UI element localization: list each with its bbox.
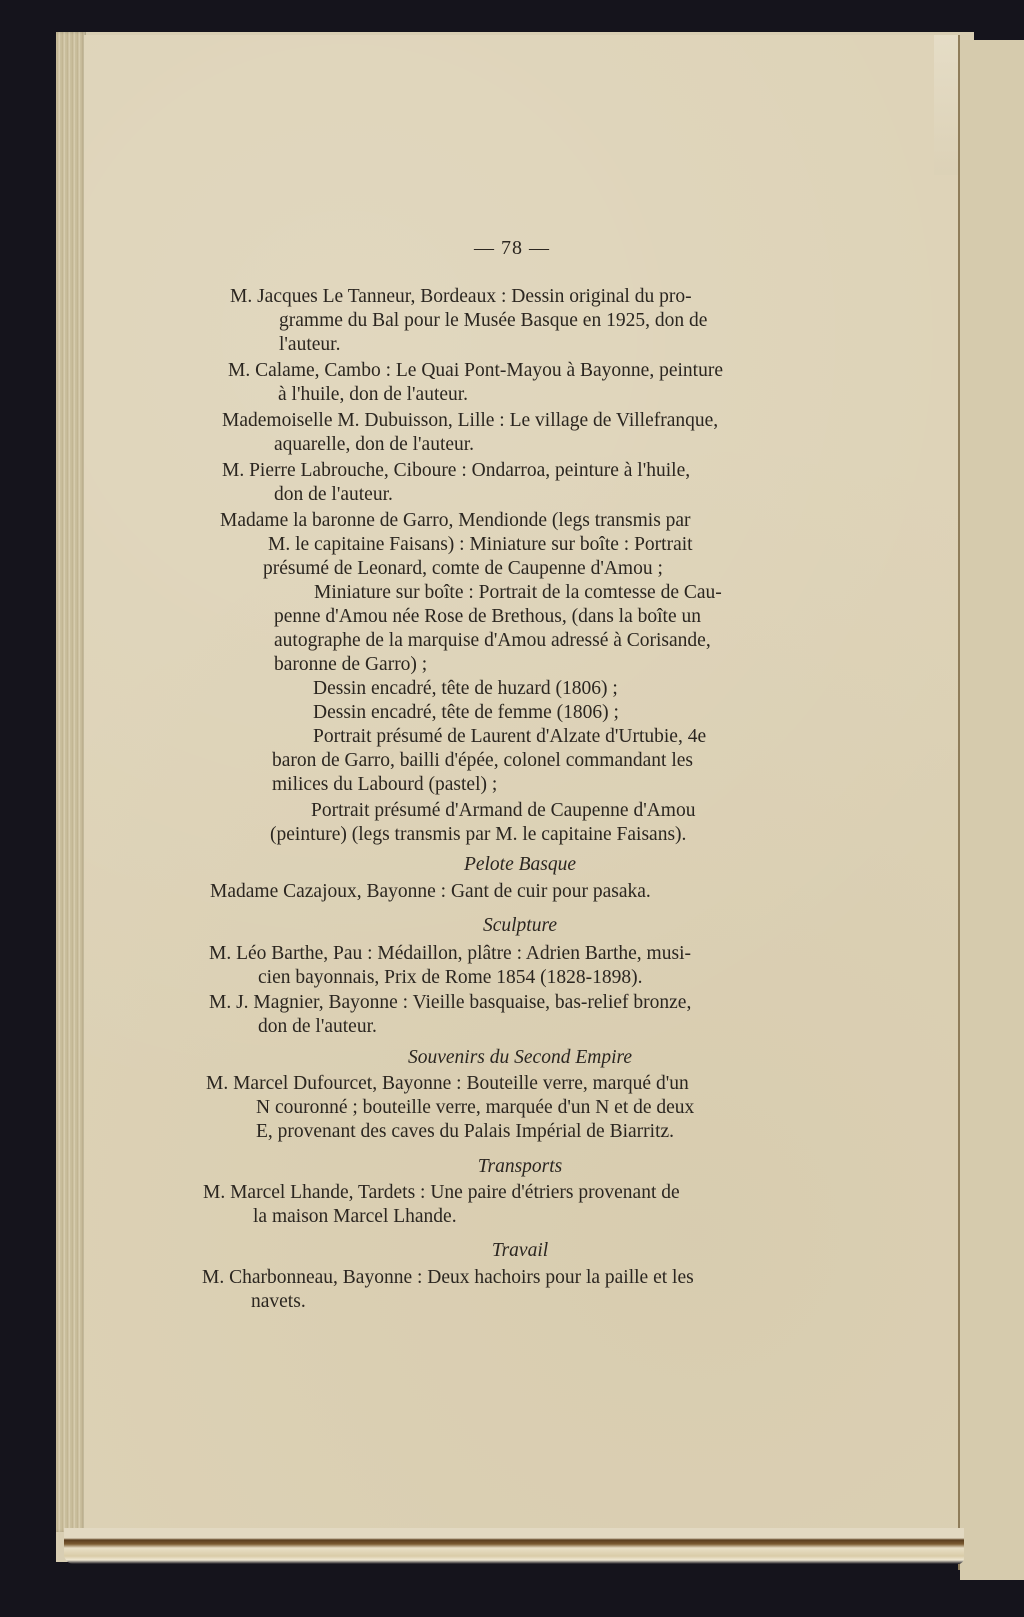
- page-text: — 78 — M. Jacques Le Tanneur, Bordeaux :…: [0, 0, 1024, 1617]
- entry-line: à l'huile, don de l'auteur.: [278, 383, 468, 406]
- entry-line: M. le capitaine Faisans) : Miniature sur…: [268, 533, 693, 556]
- entry-line: M. Léo Barthe, Pau : Médaillon, plâtre :…: [209, 942, 691, 965]
- entry-line: E, provenant des caves du Palais Impéria…: [256, 1120, 674, 1143]
- entry-line: don de l'auteur.: [258, 1015, 377, 1038]
- page-number: — 78 —: [0, 237, 1024, 260]
- section-heading: Pelote Basque: [0, 853, 1024, 876]
- entry-line: aquarelle, don de l'auteur.: [274, 433, 474, 456]
- entry-line: M. Pierre Labrouche, Ciboure : Ondarroa,…: [222, 459, 690, 482]
- section-heading: Transports: [0, 1155, 1024, 1178]
- entry-line: Dessin encadré, tête de huzard (1806) ;: [313, 677, 618, 700]
- section-heading: Sculpture: [0, 914, 1024, 937]
- entry-line: Portrait présumé de Laurent d'Alzate d'U…: [313, 725, 706, 748]
- entry-line: la maison Marcel Lhande.: [253, 1205, 457, 1228]
- entry-line: Portrait présumé d'Armand de Caupenne d'…: [311, 799, 695, 822]
- entry-line: (peinture) (legs transmis par M. le capi…: [270, 823, 686, 846]
- entry-line: penne d'Amou née Rose de Brethous, (dans…: [274, 605, 701, 628]
- entry-line: don de l'auteur.: [274, 483, 393, 506]
- entry-line: gramme du Bal pour le Musée Basque en 19…: [279, 309, 707, 332]
- entry-line: Madame la baronne de Garro, Mendionde (l…: [220, 509, 691, 532]
- entry-line: Madame Cazajoux, Bayonne : Gant de cuir …: [210, 880, 651, 903]
- entry-line: milices du Labourd (pastel) ;: [272, 773, 497, 796]
- entry-line: navets.: [251, 1290, 306, 1313]
- entry-line: M. Calame, Cambo : Le Quai Pont-Mayou à …: [228, 359, 723, 382]
- section-heading: Travail: [0, 1239, 1024, 1262]
- entry-line: Mademoiselle M. Dubuisson, Lille : Le vi…: [222, 409, 718, 432]
- entry-line: cien bayonnais, Prix de Rome 1854 (1828-…: [258, 966, 643, 989]
- entry-line: autographe de la marquise d'Amou adressé…: [274, 629, 711, 652]
- entry-line: baron de Garro, bailli d'épée, colonel c…: [272, 749, 693, 772]
- entry-line: Dessin encadré, tête de femme (1806) ;: [313, 701, 619, 724]
- entry-line: l'auteur.: [279, 333, 340, 356]
- entry-line: baronne de Garro) ;: [274, 653, 427, 676]
- entry-line: M. Marcel Lhande, Tardets : Une paire d'…: [203, 1181, 680, 1204]
- entry-line: présumé de Leonard, comte de Caupenne d'…: [263, 557, 663, 580]
- section-heading: Souvenirs du Second Empire: [0, 1046, 1024, 1069]
- entry-line: N couronné ; bouteille verre, marquée d'…: [256, 1096, 694, 1119]
- entry-line: M. J. Magnier, Bayonne : Vieille basquai…: [209, 991, 691, 1014]
- entry-line: M. Marcel Dufourcet, Bayonne : Bouteille…: [206, 1072, 689, 1095]
- entry-line: Miniature sur boîte : Portrait de la com…: [314, 581, 722, 604]
- entry-line: M. Jacques Le Tanneur, Bordeaux : Dessin…: [230, 285, 692, 308]
- entry-line: M. Charbonneau, Bayonne : Deux hachoirs …: [202, 1266, 694, 1289]
